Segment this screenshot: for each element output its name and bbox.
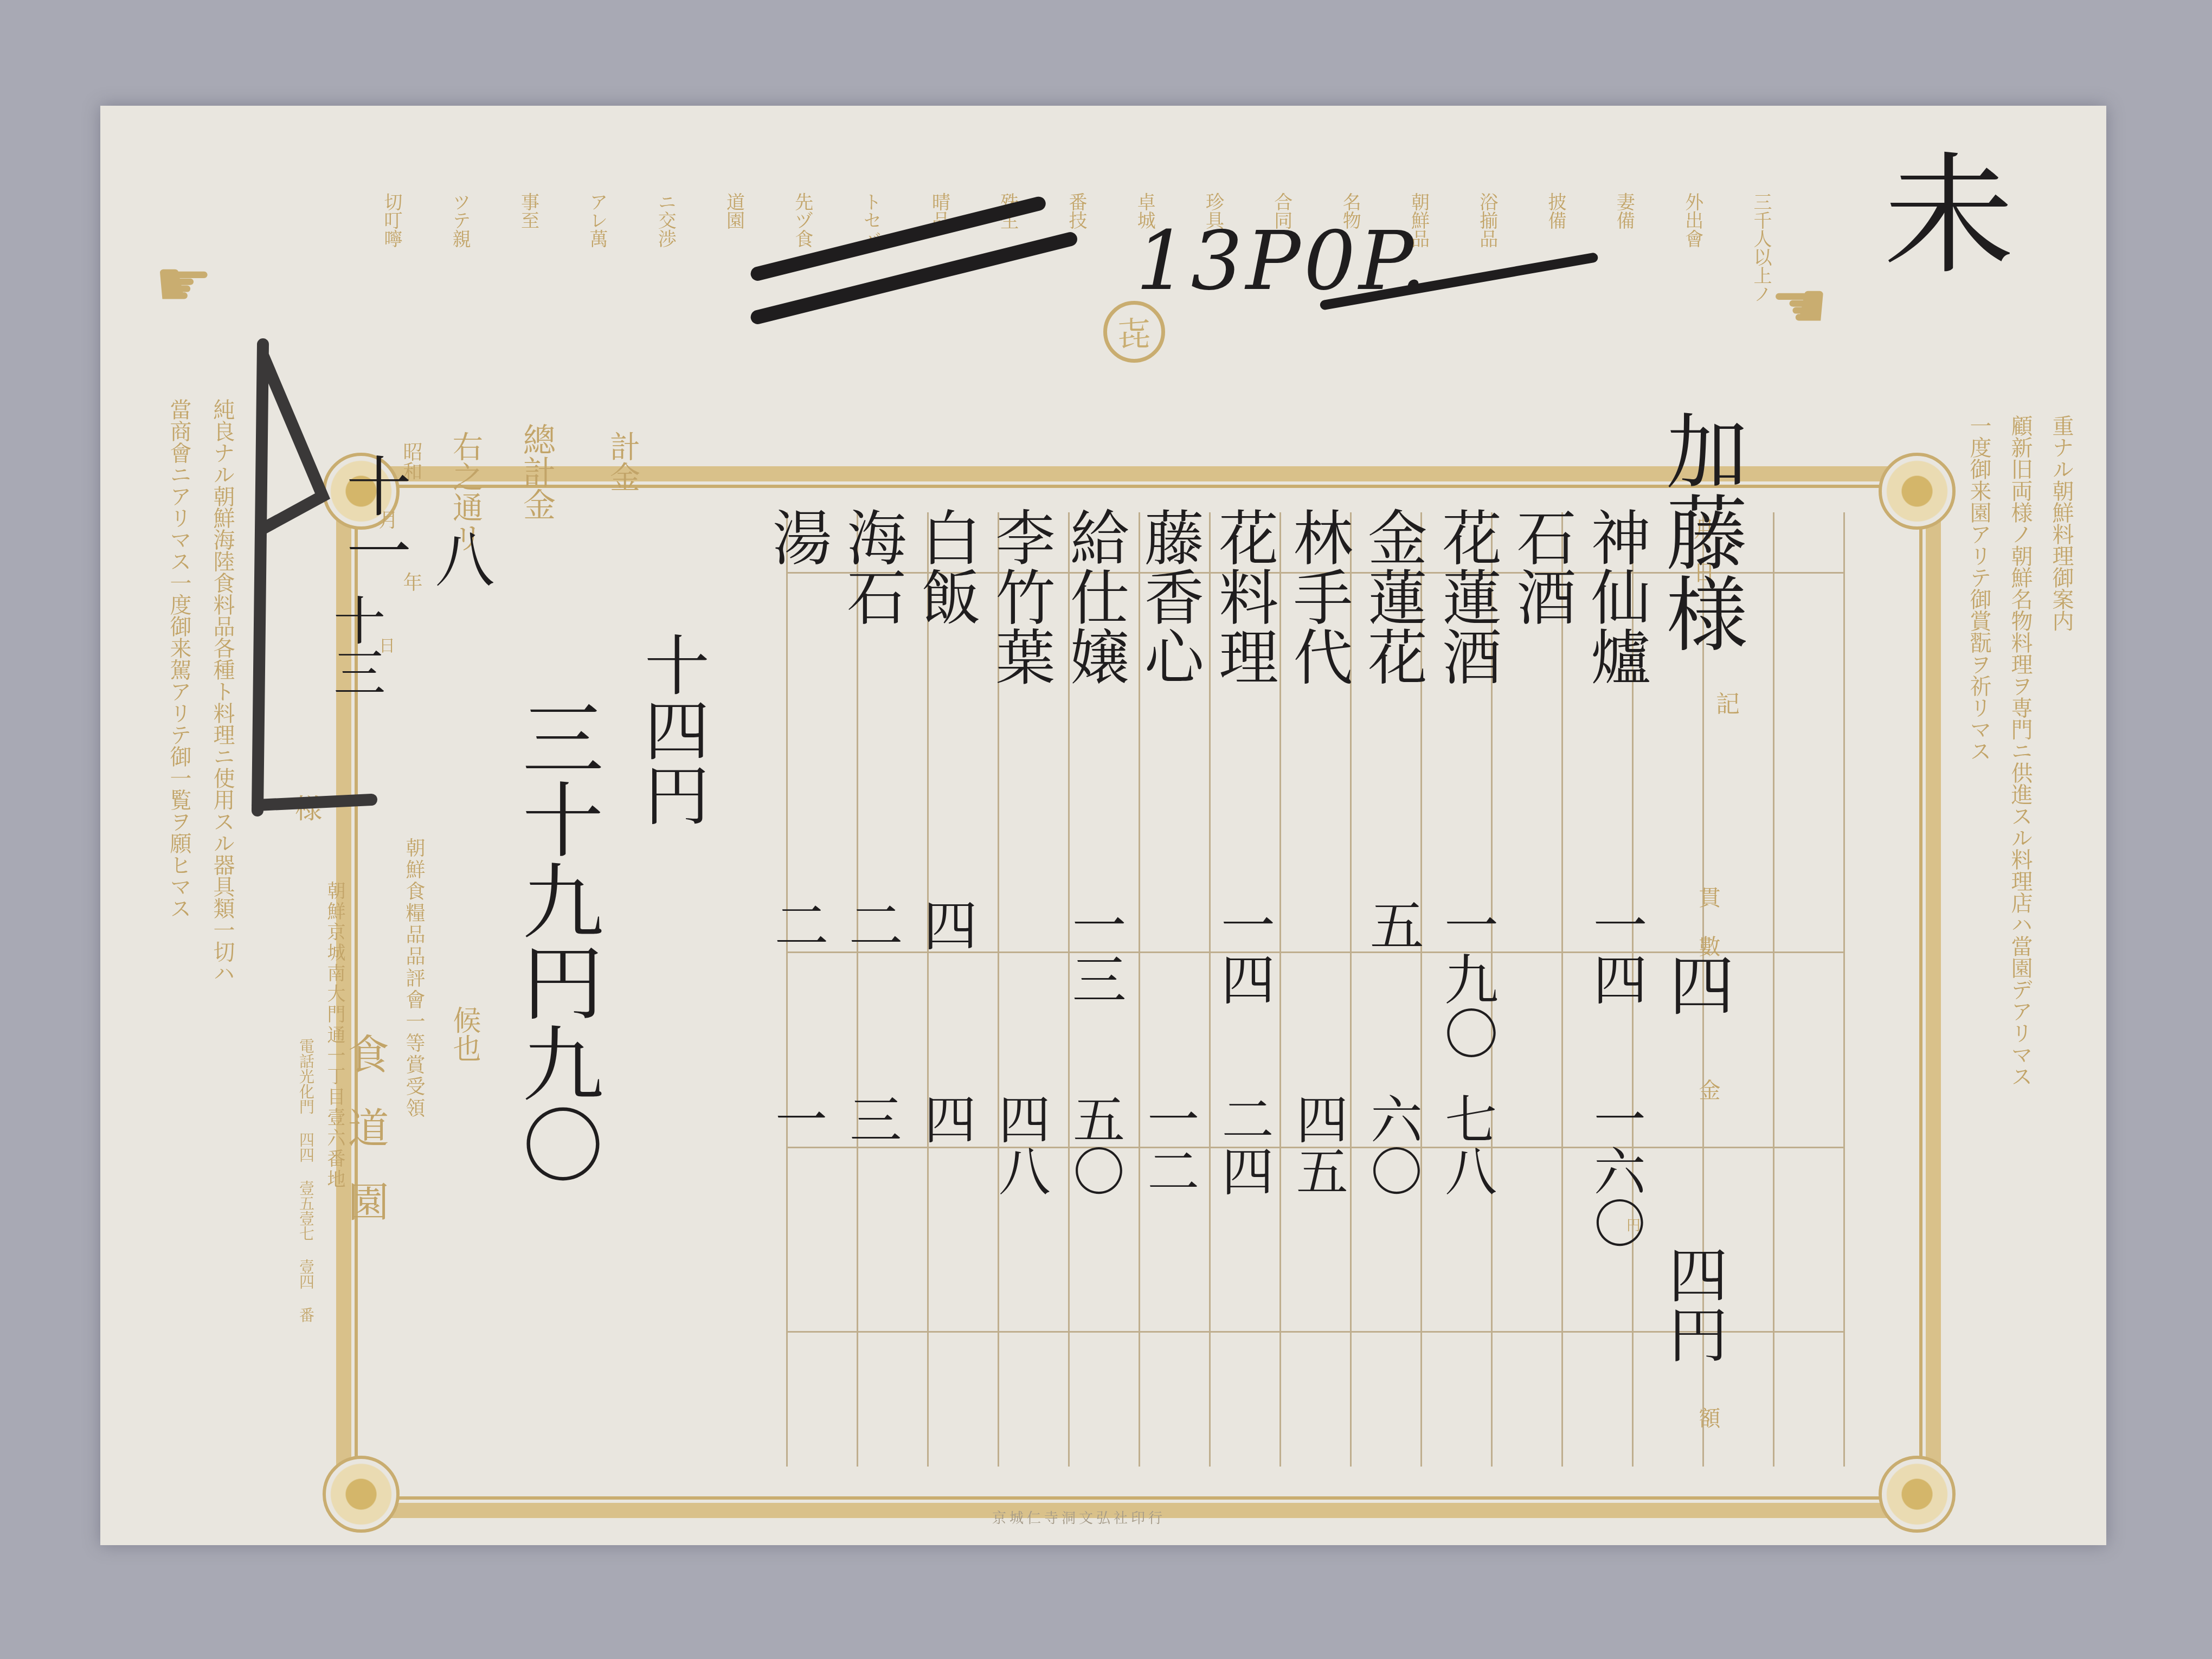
pointing-hand-right-icon: ☛ [155,247,213,322]
item-rows: 神仙爐 一四 一六〇 石酒 花蓮酒 一九〇 七八 金蓮花 五 六〇 林手代 四五… [764,507,1648,1483]
item-row: 石酒 [1509,507,1574,1483]
advert-col: 晴品 [930,192,948,312]
item-qty: 一九〇 [1438,897,1495,1092]
invoice-paper: 㐂 ☛ ☚ 三千人以上ノ 外出會 妻備 披備 浴揃品 朝鮮品 名物 合同 珍具 … [100,106,2106,1545]
item-amount: 四五 [1290,1092,1345,1197]
advert-col: 外出會 [1683,192,1702,312]
item-row: 林手代 四五 [1285,507,1351,1483]
advert-col: 事至 [519,192,538,312]
item-name: 神仙爐 [1584,507,1647,897]
item-amount: 一六〇 [1589,1092,1643,1249]
right-notice: 重ナル朝鮮料理御案内 顧新旧両様ノ朝鮮名物料理ヲ専門ニ供進スル料理店ハ當園デアリ… [1968,415,2072,1228]
item-qty: 四 [917,897,974,1092]
item-name: 花料理 [1212,507,1275,897]
item-amount: 一 [770,1092,825,1144]
notice-line: 當商會ニアリマス一度御来駕アリテ御一覧ヲ願ヒマス [168,398,190,1429]
item-row: 藤香心 一二 [1136,507,1201,1483]
advert-col: ツテ親 [451,192,469,312]
closing-suffix: 候也 [450,1006,478,1062]
item-name: 海石 [840,507,903,897]
corner-rosette-icon [1879,1456,1956,1533]
advert-col: 先ヅ食 [793,192,812,312]
item-name: 李竹葉 [989,507,1052,897]
corner-rosette-icon [323,1456,400,1533]
advert-col: 披備 [1546,192,1565,312]
top-advert: 三千人以上ノ 外出會 妻備 披備 浴揃品 朝鮮品 名物 合同 珍具 卓城 番技 … [382,192,1770,312]
issuer-phone: 電話光化門 四四 壹五壹七 壹四 番 [298,1038,313,1322]
item-row: 給仕嬢 一三 五〇 [1062,507,1127,1483]
handwritten-grand-total: 三十九円九〇 [512,697,598,1185]
item-name: 林手代 [1287,507,1349,897]
item-row: 花蓮酒 一九〇 七八 [1434,507,1499,1483]
item-name: 湯 [766,507,828,897]
item-amount: 二四 [1216,1092,1271,1197]
item-row: 李竹葉 四八 [988,507,1053,1483]
item-qty: 二 [769,897,826,1092]
advert-col: 三千人以上ノ [1752,192,1770,312]
notice-line: 一度御来園アリテ御賞翫ヲ祈リマス [1968,415,1990,1228]
label-total: 計金 [607,431,638,492]
handwritten-mark: 未 [1884,111,2014,298]
item-qty: 二 [843,897,900,1092]
item-row: 花料理 一四 二四 [1211,507,1276,1483]
item-name: 花蓮酒 [1436,507,1499,897]
item-amount: 四 [918,1092,973,1144]
item-amount: 五〇 [1068,1092,1122,1197]
label-grand-total: 總計金 [520,423,553,520]
item-row: 白飯 四 四 [914,507,979,1483]
item-amount: 六〇 [1365,1092,1420,1197]
item-amount: 四円 [1662,1244,1725,1364]
issuer-award: 朝鮮食糧品品評會一等賞受領 [404,838,423,1120]
notice-line: 重ナル朝鮮料理御案内 [2050,415,2072,1228]
handwritten-year: 八 [428,529,491,588]
item-amount: 三 [844,1092,899,1144]
advert-col: 妻備 [1615,192,1633,312]
item-row: 海石 二 三 [839,507,904,1483]
item-qty: 一四 [1215,897,1272,1092]
corner-rosette-icon [1879,453,1956,530]
advert-col: ニ交渉 [656,192,674,312]
item-qty: 一四 [1587,897,1644,1092]
pointing-hand-left-icon: ☚ [1770,268,1829,344]
item-qty: 四 [1662,951,1730,1017]
item-name: 給仕嬢 [1063,507,1126,897]
advert-col: 道園 [724,192,743,312]
bracket-mark-icon [209,333,382,821]
item-amount: 一二 [1142,1092,1197,1197]
handwritten-subtotal: 十四円 [637,632,705,827]
item-qty: 五 [1364,897,1421,1092]
item-row: 金蓮花 五 六〇 [1360,507,1425,1483]
advert-col: 浴揃品 [1478,192,1496,312]
header-amount-2: 額 [1697,1407,1719,1429]
printer-credit: 京城仁寺洞文弘社印行 [992,1507,1166,1527]
item-name: 石酒 [1510,507,1573,897]
handwritten-customer: 加藤様 [1656,409,1742,653]
item-row: 湯 二 一 [764,507,829,1483]
item-name: 金蓮花 [1361,507,1424,897]
issuer-name: 食道園 [344,1033,385,1254]
item-row: 神仙爐 一四 一六〇 [1583,507,1648,1483]
item-name: 白飯 [915,507,978,897]
notice-line: 顧新旧両様ノ朝鮮名物料理ヲ専門ニ供進スル料理店ハ當園デアリマス [2009,415,2031,1228]
advert-col: 番技 [1067,192,1085,312]
item-amount: 四八 [993,1092,1047,1197]
item-name: 藤香心 [1138,507,1201,897]
item-qty: 一三 [1066,897,1123,1092]
header-item: 記 [1713,691,1737,715]
header-qty-1: 貫 [1697,886,1719,908]
header-amount-1: 金 [1697,1079,1719,1101]
advert-col: 切叮嚀 [382,192,401,312]
advert-col: アレ萬 [588,192,606,312]
item-amount: 七八 [1439,1092,1494,1197]
